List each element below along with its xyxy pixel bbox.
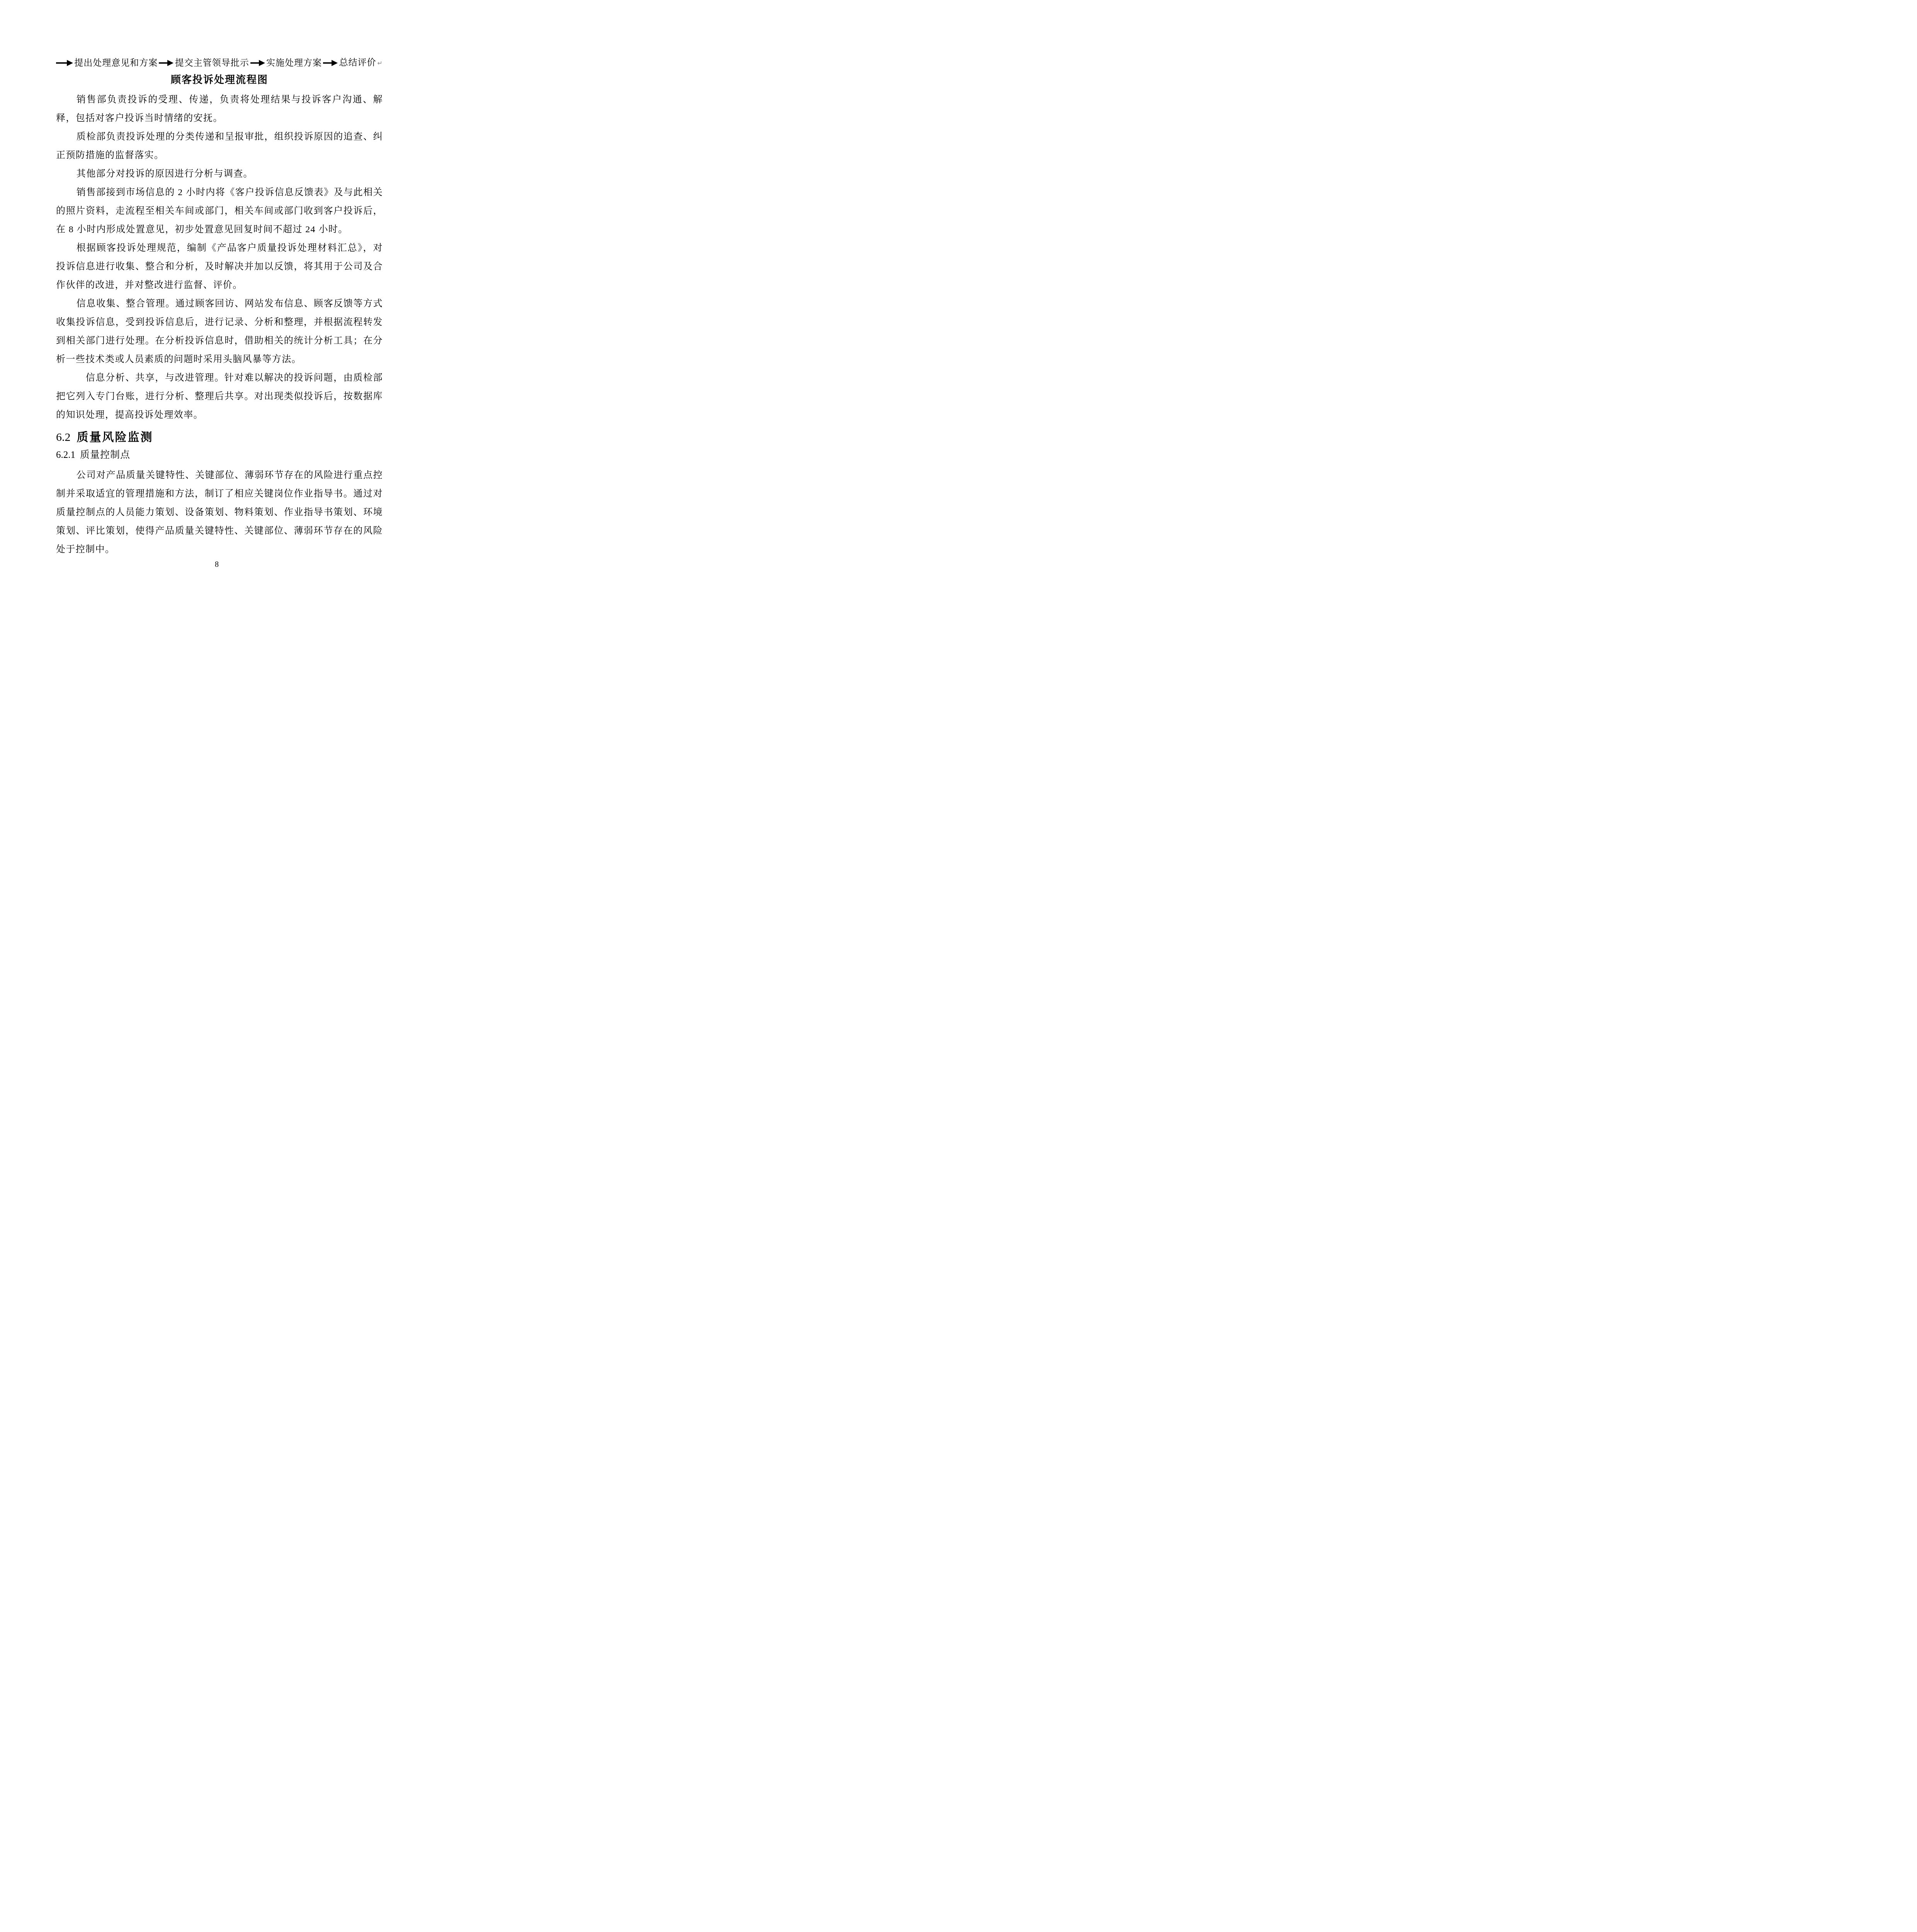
flowchart-row: 提出处理意见和方案 提交主管领导批示 实施处理方案 xyxy=(56,56,383,70)
page-content: 提出处理意见和方案 提交主管领导批示 实施处理方案 xyxy=(56,56,383,559)
page-title: 顾客投诉处理流程图 xyxy=(56,73,383,87)
document-page: 提出处理意见和方案 提交主管领导批示 实施处理方案 xyxy=(0,0,434,613)
paragraph: 信息分析、共享，与改进管理。针对难以解决的投诉问题，由质检部把它列入专门台账，进… xyxy=(56,369,383,424)
section-heading: 6.2质量风险监测 xyxy=(56,430,383,445)
paragraph-mark-icon: ↵ xyxy=(378,60,383,67)
right-arrow-icon xyxy=(56,60,73,66)
subsection-title: 质量控制点 xyxy=(80,450,130,460)
flow-step: 实施处理方案 xyxy=(266,57,322,69)
paragraph: 销售部接到市场信息的 2 小时内将《客户投诉信息反馈表》及与此相关的照片资料，走… xyxy=(56,183,383,239)
paragraph: 根据顾客投诉处理规范，编制《产品客户质量投诉处理材料汇总》，对投诉信息进行收集、… xyxy=(56,239,383,294)
right-arrow-icon xyxy=(323,60,338,66)
paragraph: 质检部负责投诉处理的分类传递和呈报审批，组织投诉原因的追查、纠正预防措施的监督落… xyxy=(56,128,383,165)
right-arrow-icon xyxy=(159,60,173,66)
paragraph: 其他部分对投诉的原因进行分析与调查。 xyxy=(56,165,383,183)
flow-step: 提出处理意见和方案 xyxy=(74,57,158,69)
right-arrow-icon xyxy=(250,60,265,66)
subsection-number: 6.2.1 xyxy=(56,450,75,460)
paragraph: 公司对产品质量关键特性、关键部位、薄弱环节存在的风险进行重点控制并采取适宜的管理… xyxy=(56,466,383,559)
subsection-heading: 6.2.1质量控制点 xyxy=(56,448,383,462)
paragraph: 销售部负责投诉的受理、传递，负责将处理结果与投诉客户沟通、解释，包括对客户投诉当… xyxy=(56,90,383,128)
section-title: 质量风险监测 xyxy=(77,431,153,444)
flow-step: 总结评价↵ xyxy=(339,56,383,70)
page-number: 8 xyxy=(0,560,434,570)
paragraph: 信息收集、整合管理。通过顾客回访、网站发布信息、顾客反馈等方式收集投诉信息，受到… xyxy=(56,294,383,369)
section-number: 6.2 xyxy=(56,431,71,444)
flow-step: 提交主管领导批示 xyxy=(175,57,249,69)
flow-step-label: 总结评价 xyxy=(339,58,376,67)
